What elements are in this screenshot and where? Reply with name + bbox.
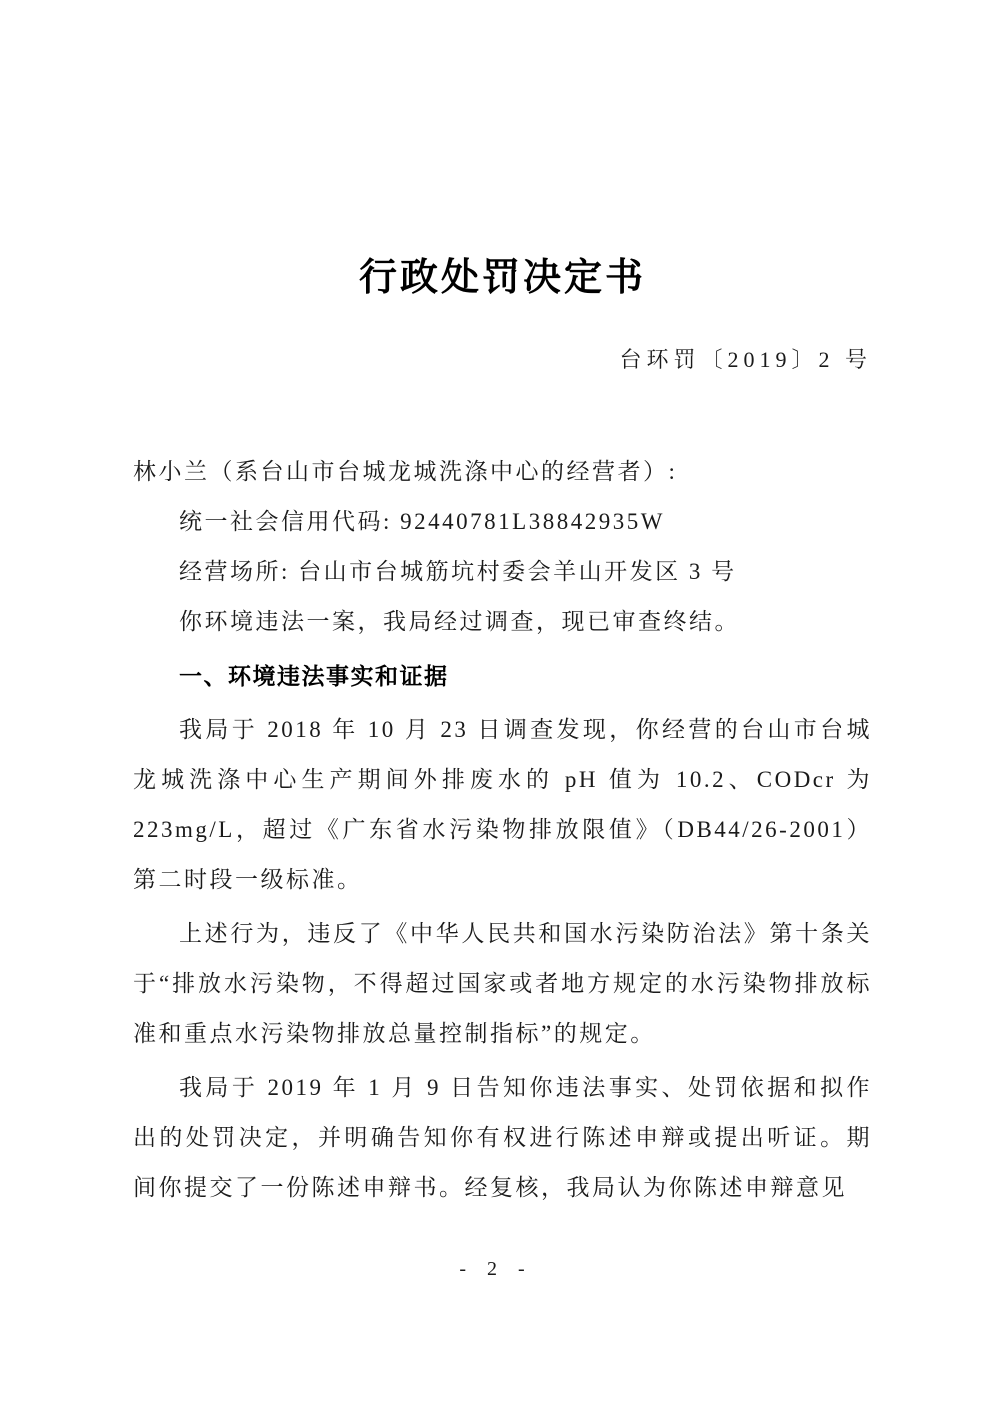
page-number-footer: - 2 -	[0, 1258, 992, 1281]
document-page: 行政处罚决定书 台环罚〔2019〕2 号 林小兰（系台山市台城龙城洗涤中心的经营…	[0, 0, 992, 1403]
document-content: 行政处罚决定书 台环罚〔2019〕2 号 林小兰（系台山市台城龙城洗涤中心的经营…	[0, 0, 992, 1213]
section-heading-facts-and-evidence: 一、环境违法事实和证据	[133, 651, 872, 701]
paragraph-law-violated: 上述行为，违反了《中华人民共和国水污染防治法》第十条关于“排放水污染物，不得超过…	[133, 909, 872, 1059]
salutation-line: 林小兰（系台山市台城龙城洗涤中心的经营者）:	[133, 447, 872, 497]
paragraph-notification-of-penalty: 我局于 2019 年 1 月 9 日告知你违法事实、处罚依据和拟作出的处罚决定，…	[133, 1063, 872, 1213]
paragraph-violation-findings: 我局于 2018 年 10 月 23 日调查发现，你经营的台山市台城龙城洗涤中心…	[133, 705, 872, 905]
credit-code-line: 统一社会信用代码: 92440781L38842935W	[133, 497, 872, 547]
document-number: 台环罚〔2019〕2 号	[133, 345, 872, 375]
document-body: 林小兰（系台山市台城龙城洗涤中心的经营者）: 统一社会信用代码: 9244078…	[133, 447, 872, 1213]
case-summary-line: 你环境违法一案，我局经过调查，现已审查终结。	[133, 597, 872, 647]
business-address-line: 经营场所: 台山市台城筋坑村委会羊山开发区 3 号	[133, 547, 872, 597]
document-title: 行政处罚决定书	[133, 253, 872, 303]
